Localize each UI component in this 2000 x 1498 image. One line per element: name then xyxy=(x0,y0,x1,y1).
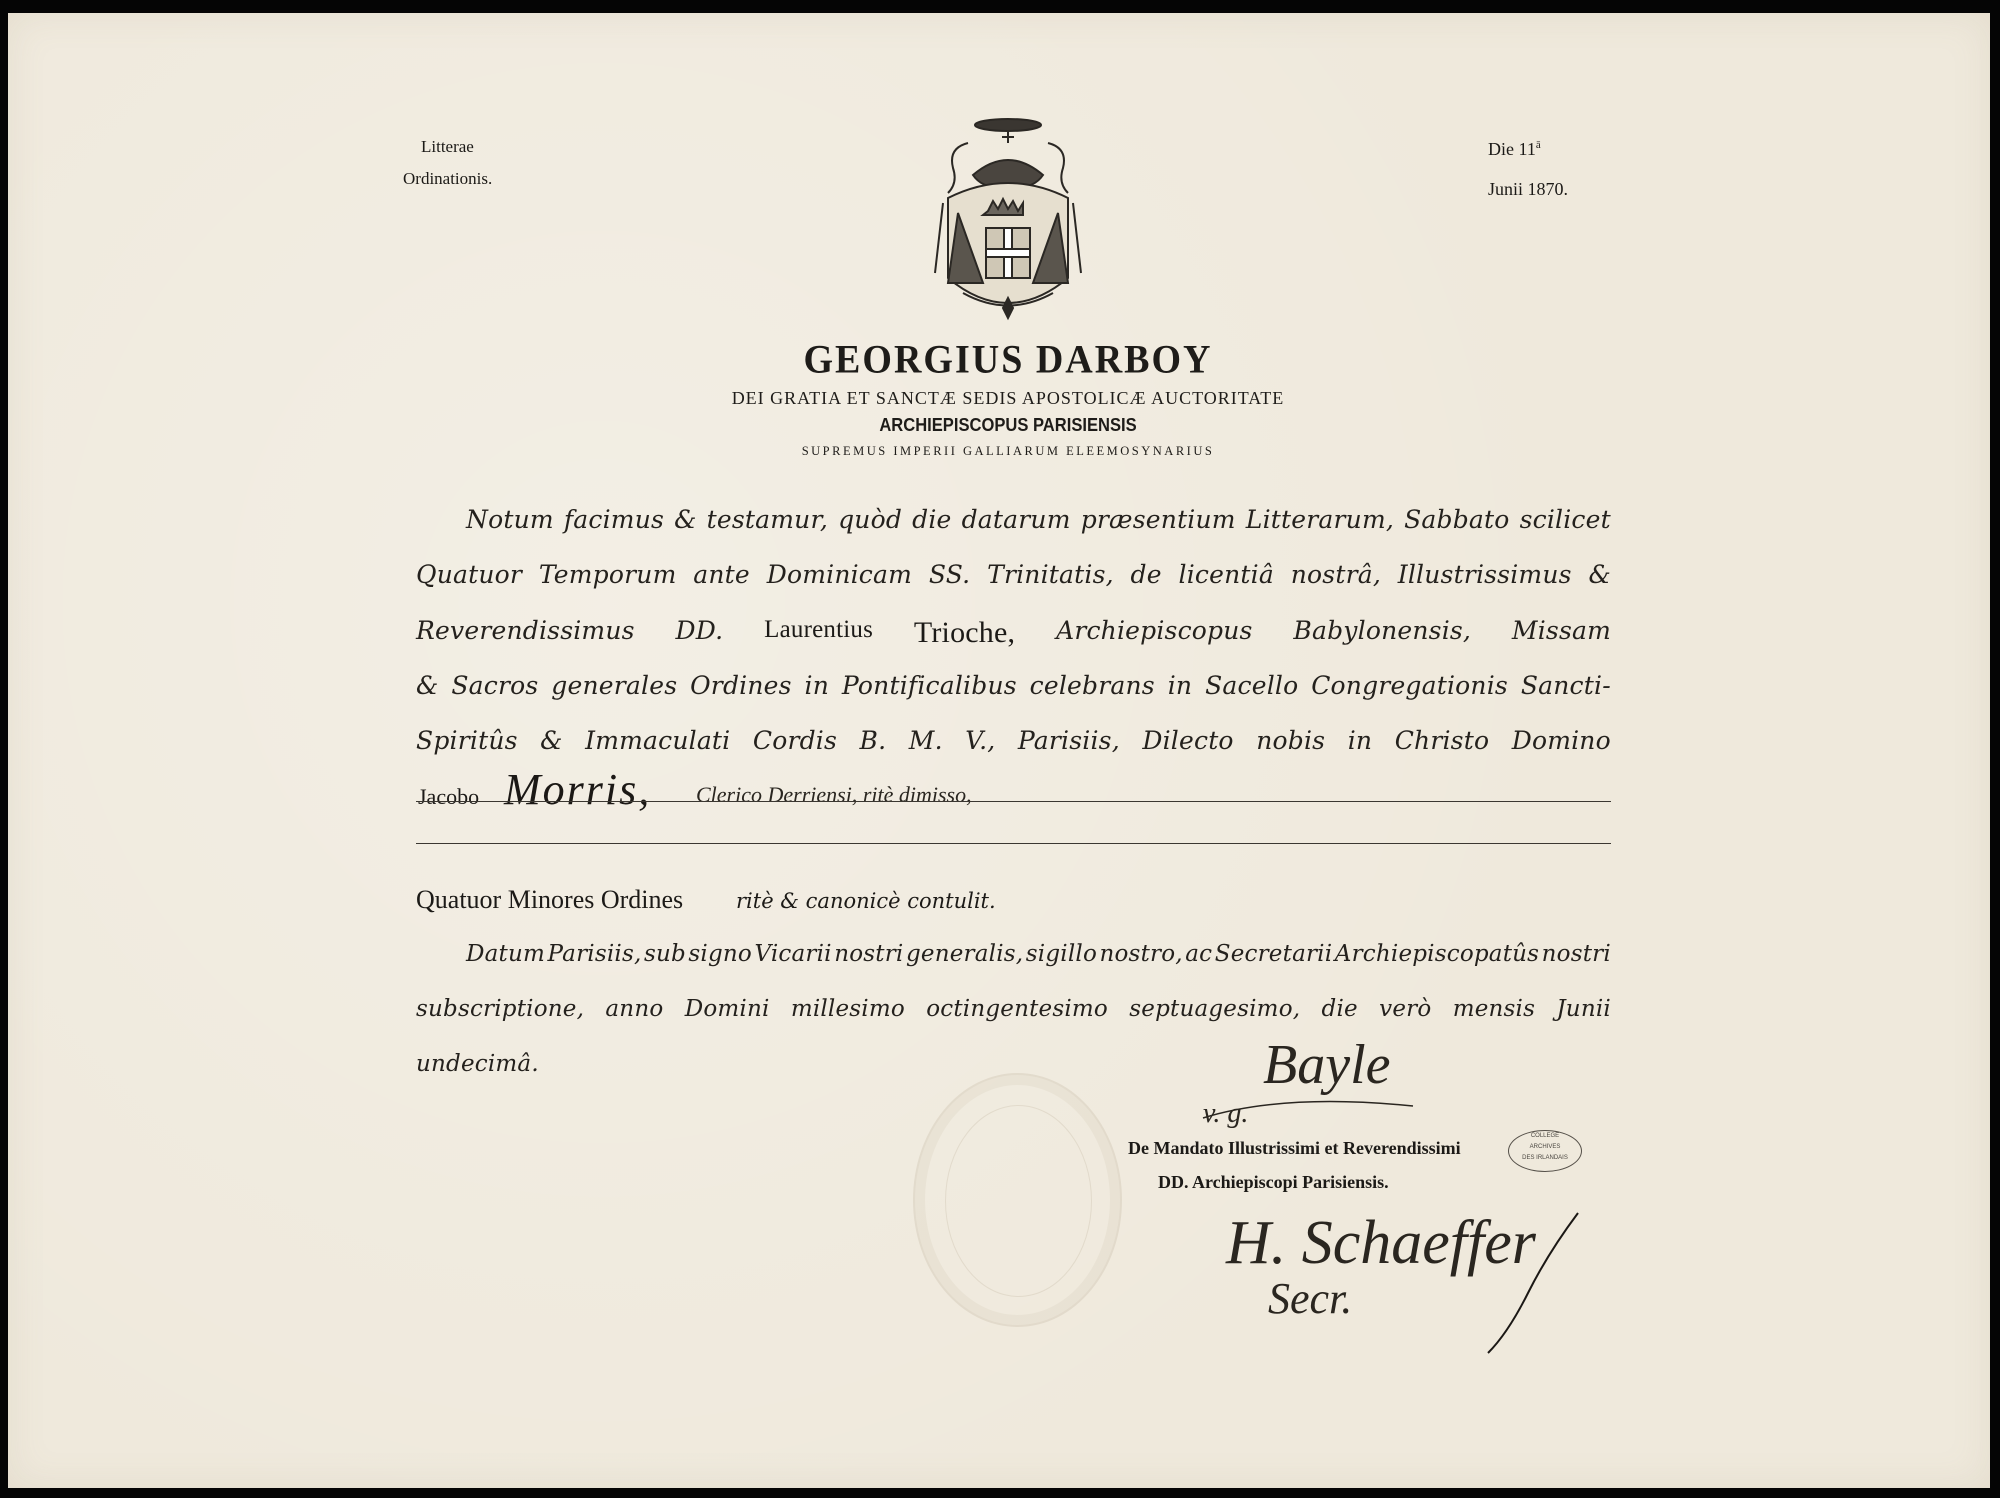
word: B. xyxy=(860,726,887,755)
word: mensis xyxy=(1453,996,1535,1022)
word: septuagesimo, xyxy=(1129,996,1300,1022)
word: generalis, xyxy=(906,941,1023,967)
word: die xyxy=(1322,996,1358,1022)
word: M. xyxy=(909,726,943,755)
word: subscriptione, xyxy=(416,996,584,1022)
word: Cordis xyxy=(753,726,837,755)
word: Trinitatis, xyxy=(987,560,1114,589)
body-line-4: & Sacros generales Ordines in Pontifical… xyxy=(416,671,1611,700)
word: DD. xyxy=(676,616,724,650)
signature-stroke-icon xyxy=(1478,1208,1588,1358)
word: in xyxy=(805,671,830,700)
word: Sancti- xyxy=(1521,671,1611,700)
word: verò xyxy=(1379,996,1431,1022)
word: generales xyxy=(551,671,677,700)
word: Missam xyxy=(1512,616,1611,650)
corner-left-line1: Litterae xyxy=(403,131,492,163)
word: & xyxy=(1588,560,1610,589)
word: Datum xyxy=(466,941,545,967)
word: Domini xyxy=(685,996,770,1022)
archbishop-name: GEORGIUS DARBOY xyxy=(608,337,1408,383)
dating-line-2: subscriptione, anno Domini millesimo oct… xyxy=(416,996,1611,1022)
word: Quatuor xyxy=(416,560,522,589)
seal-inner-ring xyxy=(945,1105,1092,1297)
body-line-3: Reverendissimus DD. Laurentius Trioche, … xyxy=(416,616,1611,650)
word: Dilecto xyxy=(1142,726,1233,755)
mandate-line-1: De Mandato Illustrissimi et Reverendissi… xyxy=(1128,1131,1528,1165)
word: Temporum xyxy=(539,560,677,589)
certificate-paper: Litterae Ordinationis. Die 11ā Junii 187… xyxy=(8,13,1990,1488)
word: Archiepiscopus xyxy=(1056,616,1253,650)
recipient-line: Jacobo Morris, Clerico Derriensi, ritè d… xyxy=(416,768,1611,818)
word: Dominicam xyxy=(767,560,912,589)
word: Sacros xyxy=(451,671,538,700)
word: testamur, xyxy=(707,505,828,534)
body-line-1: Notum facimus & testamur, quòd die datar… xyxy=(466,505,1611,534)
date-month-year: Junii 1870. xyxy=(1488,169,1568,209)
word: Sacello xyxy=(1205,671,1298,700)
word: Secretarii xyxy=(1215,941,1333,967)
fill-in-rule-1 xyxy=(416,801,1611,802)
document-date: Die 11ā Junii 1870. xyxy=(1488,125,1568,209)
word: Junii xyxy=(1556,996,1611,1022)
corner-left-line2: Ordinationis. xyxy=(403,163,492,195)
word: signo xyxy=(688,941,752,967)
embossed-seal-icon xyxy=(913,1073,1122,1327)
word: Congregationis xyxy=(1311,671,1508,700)
word: facimus xyxy=(564,505,664,534)
word: Ordines xyxy=(690,671,792,700)
word: anno xyxy=(605,996,663,1022)
body-line-5: Spiritûs & Immaculati Cordis B. M. V., P… xyxy=(416,726,1611,755)
word: in xyxy=(1348,726,1373,755)
word: Christo xyxy=(1395,726,1490,755)
word: de xyxy=(1131,560,1162,589)
consecrator-first-name: Laurentius xyxy=(764,616,873,650)
body-line-2: Quatuor Temporum ante Dominicam SS. Trin… xyxy=(416,560,1611,589)
word: licentiâ xyxy=(1179,560,1274,589)
stamp-line-1: COLLEGE xyxy=(1509,1131,1581,1142)
word: Archiepiscopatûs xyxy=(1335,941,1539,967)
orders-line: Quatuor Minores Ordines ritè & canonicè … xyxy=(416,883,1216,923)
word: die xyxy=(912,505,951,534)
word: sigillo xyxy=(1026,941,1097,967)
document-type-label: Litterae Ordinationis. xyxy=(403,131,492,195)
header-line-3: SUPREMUS IMPERII GALLIARUM ELEEMOSYNARIU… xyxy=(608,444,1408,459)
dating-line-3: undecimâ. xyxy=(416,1051,539,1077)
word: Sabbato xyxy=(1404,505,1509,534)
stamp-line-3: DES IRLANDAIS xyxy=(1509,1153,1581,1164)
word: Vicarii xyxy=(754,941,831,967)
dating-line-1: Datum Parisiis, sub signo Vicarii nostri… xyxy=(466,941,1611,967)
stamp-line-2: ARCHIVES xyxy=(1509,1142,1581,1153)
word: datarum xyxy=(962,505,1071,534)
word: & xyxy=(540,726,562,755)
word: SS. xyxy=(929,560,970,589)
mandate-line-2: DD. Archiepiscopi Parisiensis. xyxy=(1128,1165,1528,1199)
word: celebrans xyxy=(1030,671,1155,700)
header-line-2: ARCHIEPISCOPUS PARISIENSIS xyxy=(640,415,1376,436)
word: Spiritûs xyxy=(416,726,518,755)
word: ante xyxy=(693,560,750,589)
word: Domino xyxy=(1512,726,1611,755)
word: V., xyxy=(965,726,995,755)
word: Notum xyxy=(466,505,554,534)
word: & xyxy=(416,671,438,700)
date-day: Die 11 xyxy=(1488,139,1536,159)
word: nostri xyxy=(1542,941,1611,967)
word: Immaculati xyxy=(585,726,730,755)
word: Parisiis, xyxy=(548,941,642,967)
header-line-1: DEI GRATIA ET SANCTÆ SEDIS APOSTOLICÆ AU… xyxy=(608,388,1408,409)
word: Parisiis, xyxy=(1018,726,1120,755)
document-header: GEORGIUS DARBOY DEI GRATIA ET SANCTÆ SED… xyxy=(608,338,1408,459)
word: Reverendissimus xyxy=(416,616,635,650)
archive-stamp: COLLEGE ARCHIVES DES IRLANDAIS xyxy=(1508,1130,1582,1172)
mandate-text: De Mandato Illustrissimi et Reverendissi… xyxy=(1128,1131,1528,1199)
word: sub xyxy=(644,941,686,967)
word: præsentium xyxy=(1081,505,1236,534)
word: ac xyxy=(1185,941,1212,967)
consecrator-surname: Trioche, xyxy=(914,616,1015,650)
word: Litterarum, xyxy=(1246,505,1394,534)
recipient-name: Morris, xyxy=(504,764,651,815)
word: & xyxy=(674,505,696,534)
date-day-suffix: ā xyxy=(1536,139,1541,151)
word: Babylonensis, xyxy=(1293,616,1471,650)
signature-flourish-icon xyxy=(1198,1088,1428,1128)
word: nostri xyxy=(834,941,903,967)
word: nostro, xyxy=(1100,941,1183,967)
word: octingentesimo xyxy=(926,996,1108,1022)
archiepiscopal-coat-of-arms-icon xyxy=(913,113,1103,328)
word: nostrâ, xyxy=(1291,560,1381,589)
word: undecimâ. xyxy=(416,1051,539,1077)
orders-conferred: Quatuor Minores Ordines xyxy=(416,885,683,915)
word: quòd xyxy=(838,505,902,534)
word: Illustrissimus xyxy=(1398,560,1572,589)
word: nobis xyxy=(1256,726,1325,755)
word: millesimo xyxy=(791,996,905,1022)
word: scilicet xyxy=(1520,505,1611,534)
orders-suffix: ritè & canonicè contulit. xyxy=(736,889,996,913)
recipient-prefix: Jacobo xyxy=(418,784,479,810)
fill-in-rule-2 xyxy=(416,843,1611,844)
word: in xyxy=(1168,671,1193,700)
word: Pontificalibus xyxy=(842,671,1017,700)
recipient-description: Clerico Derriensi, ritè dimisso, xyxy=(696,782,972,808)
secretary-title: Secr. xyxy=(1268,1273,1352,1324)
